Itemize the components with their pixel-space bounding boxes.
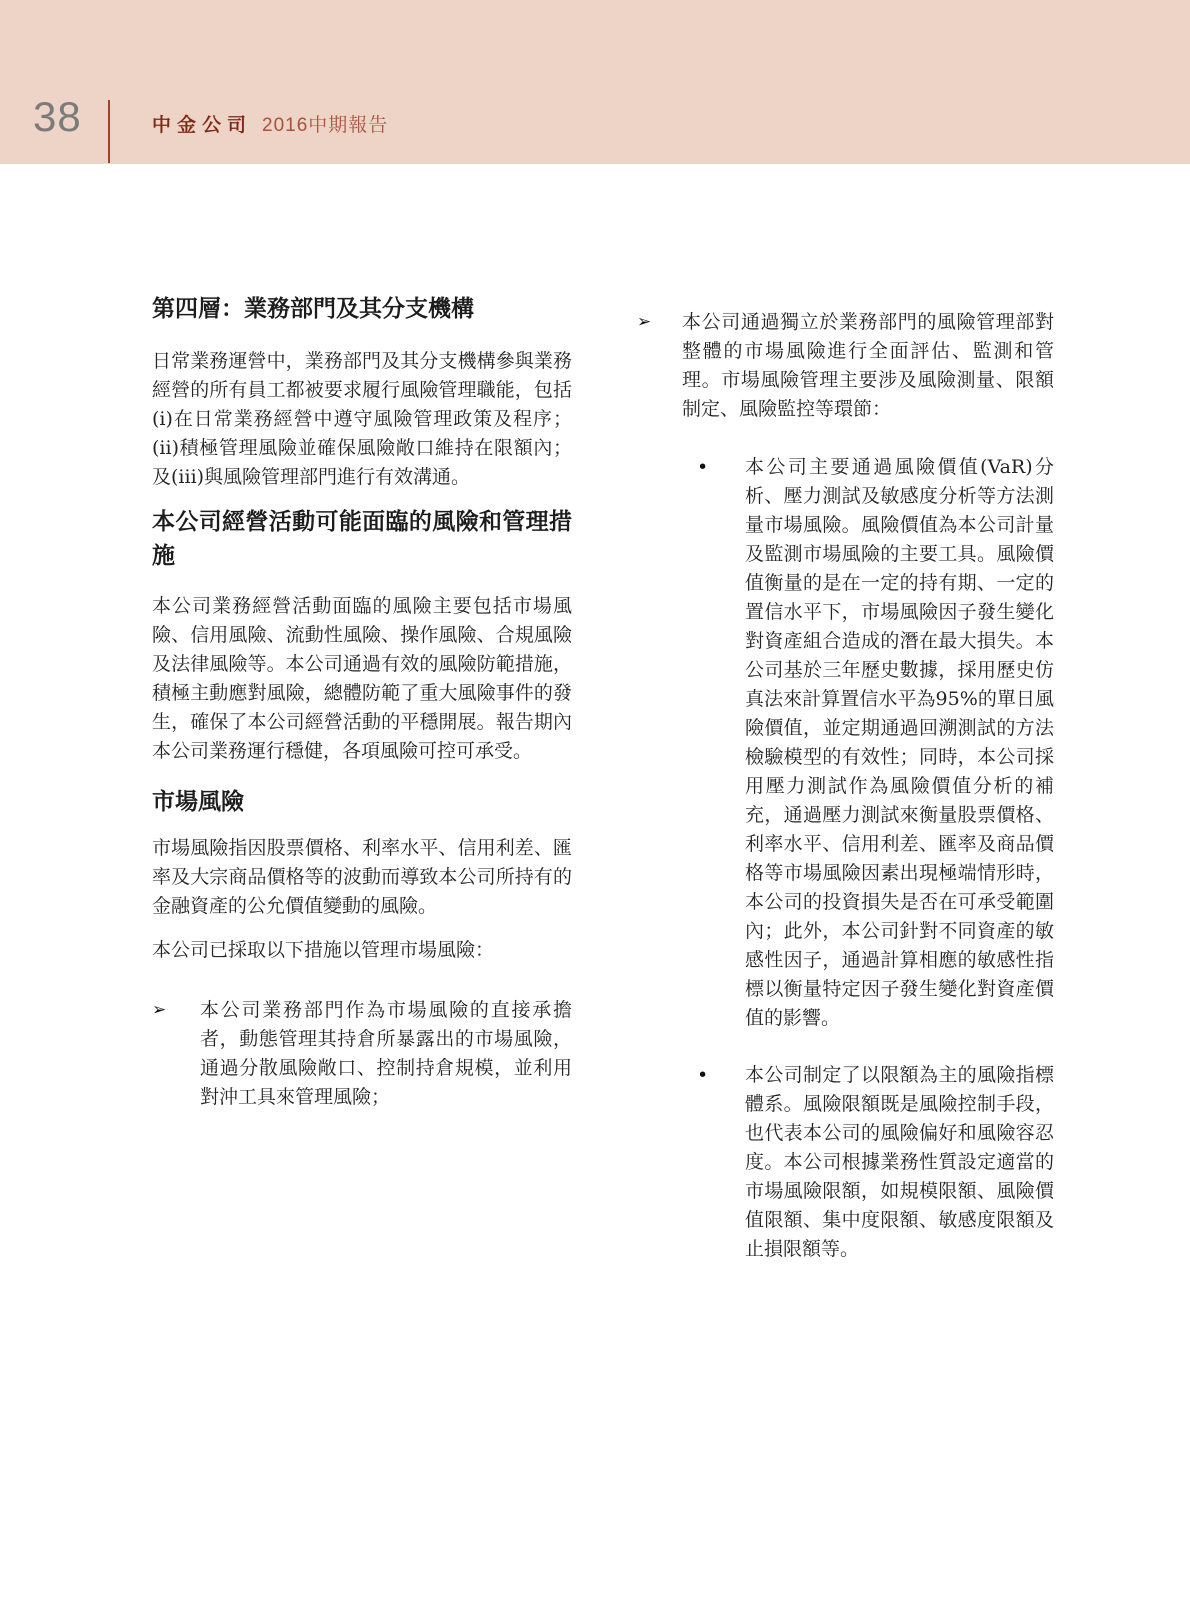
company-name: 中金公司 [152,115,252,136]
section-heading-market-risk: 市場風險 [152,785,572,819]
operational-risks-paragraph: 本公司業務經營活動面臨的風險主要包括市場風險、信用風險、流動性風險、操作風險、合… [152,592,572,766]
report-title: 2016中期報告 [262,115,388,136]
arrow-bullet-icon: ➢ [637,308,682,337]
page-number: 38 [33,93,82,141]
list-item-risk-management-dept: ➢ 本公司通過獨立於業務部門的風險管理部對整體的市場風險進行全面評估、監測和管理… [637,308,1054,424]
right-column: ➢ 本公司通過獨立於業務部門的風險管理部對整體的市場風險進行全面評估、監測和管理… [637,292,1054,1264]
left-column: 第四層：業務部門及其分支機構 日常業務運營中，業務部門及其分支機構參與業務經營的… [152,292,572,1112]
market-risk-measures-intro: 本公司已採取以下措施以管理市場風險： [152,936,572,965]
section-heading-operational-risks: 本公司經營活動可能面臨的風險和管理措施 [152,505,572,573]
dot-bullet-icon: • [697,1061,745,1090]
list-item-text: 本公司主要通過風險價值(VaR)分析、壓力測試及敏感度分析等方法測量市場風險。風… [745,453,1054,1033]
list-item-text: 本公司業務部門作為市場風險的直接承擔者，動態管理其持倉所暴露出的市場風險，通過分… [200,996,572,1112]
list-item-text: 本公司制定了以限額為主的風險指標體系。風險限額既是風險控制手段，也代表本公司的風… [745,1061,1054,1264]
list-item-text: 本公司通過獨立於業務部門的風險管理部對整體的市場風險進行全面評估、監測和管理。市… [682,308,1054,424]
market-risk-definition-paragraph: 市場風險指因股票價格、利率水平、信用利差、匯率及大宗商品價格等的波動而導致本公司… [152,834,572,921]
page-header-band: 38 中金公司2016中期報告 [0,0,1190,164]
header-titles: 中金公司2016中期報告 [152,110,388,137]
header-divider-line [108,100,110,163]
arrow-bullet-icon: ➢ [152,996,200,1025]
list-item-risk-limits: • 本公司制定了以限額為主的風險指標體系。風險限額既是風險控制手段，也代表本公司… [697,1061,1054,1264]
list-item-business-departments: ➢ 本公司業務部門作為市場風險的直接承擔者，動態管理其持倉所暴露出的市場風險，通… [152,996,572,1112]
tier-four-paragraph: 日常業務運營中，業務部門及其分支機構參與業務經營的所有員工都被要求履行風險管理職… [152,347,572,492]
dot-bullet-icon: • [697,453,745,482]
list-item-var-analysis: • 本公司主要通過風險價值(VaR)分析、壓力測試及敏感度分析等方法測量市場風險… [697,453,1054,1033]
section-heading-tier-four: 第四層：業務部門及其分支機構 [152,292,572,326]
